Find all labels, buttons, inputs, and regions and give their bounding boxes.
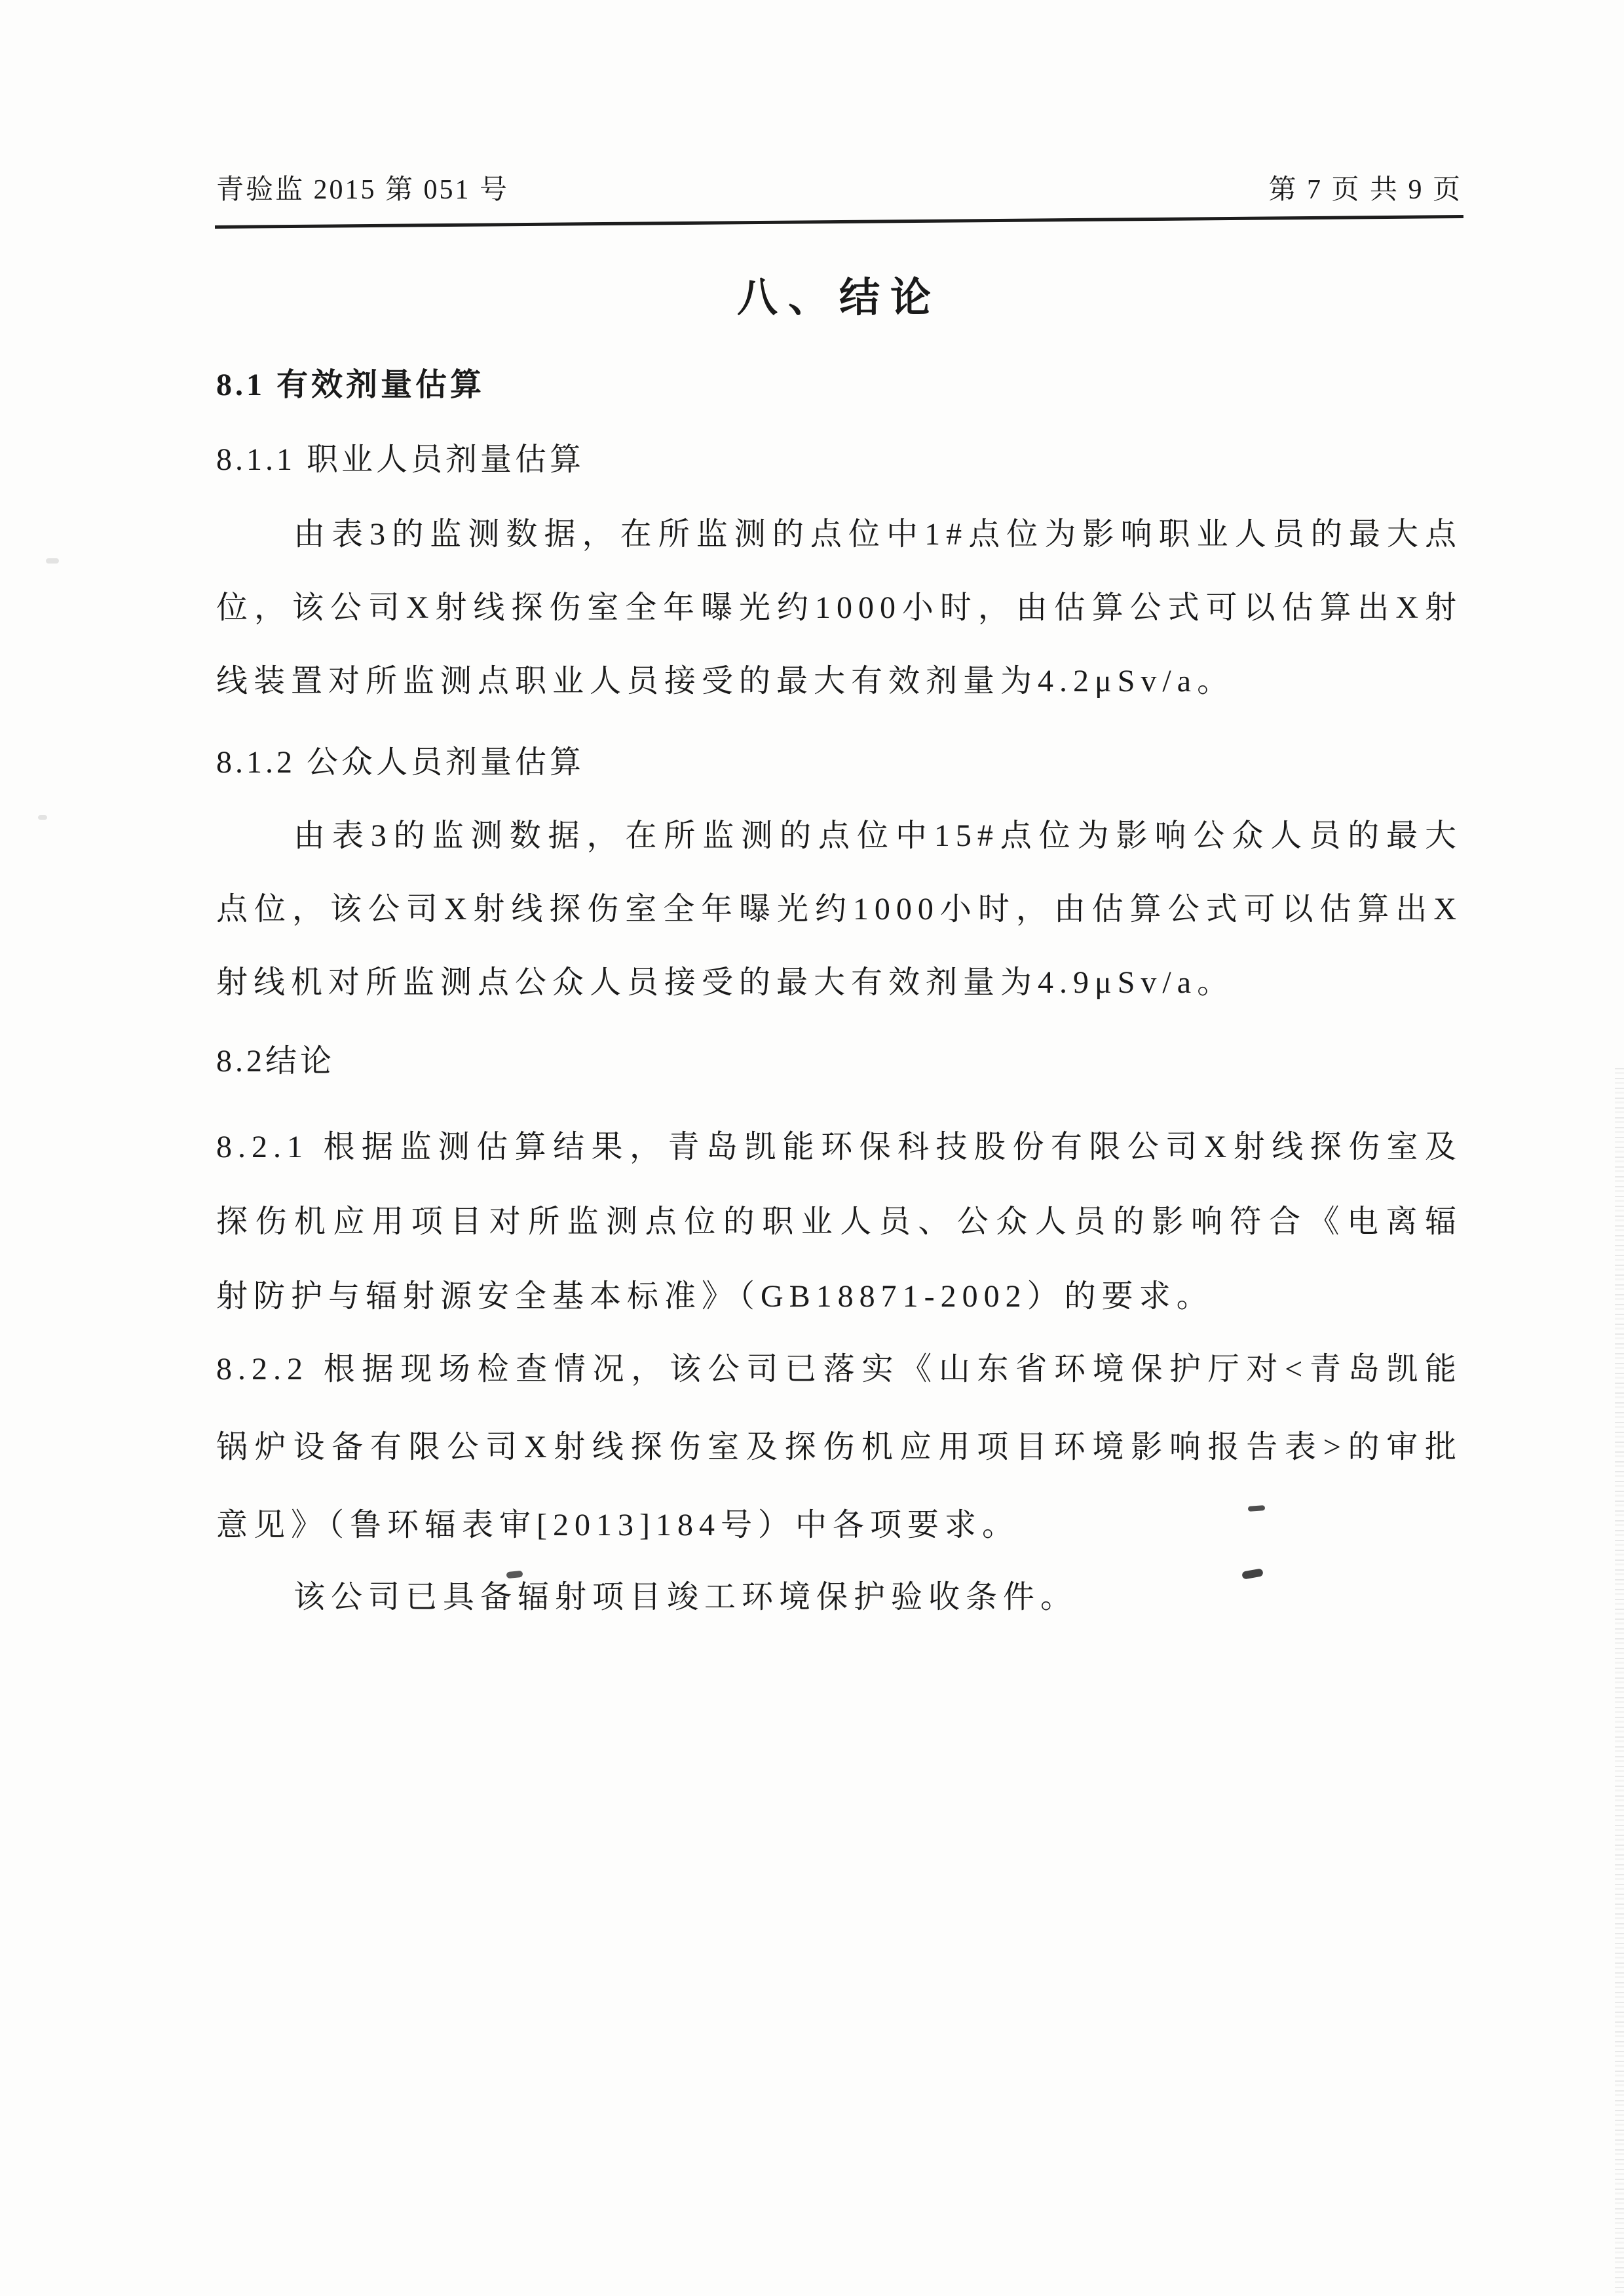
paragraph-line: 8.2.2 根据现场检查情况，该公司已落实《山东省环境保护厅对<青岛凯能: [216, 1330, 1462, 1408]
scan-edge-noise: [1615, 1068, 1624, 2296]
paragraph-line: 该公司已具备辐射项目竣工环境保护验收条件。: [216, 1561, 1462, 1634]
section-title: 八、结论: [216, 270, 1462, 326]
paragraph-8-2-1: 8.2.1 根据监测估算结果，青岛凯能环保科技股份有限公司X射线探伤室及 探伤机…: [216, 1110, 1462, 1334]
page-header: 青验监 2015 第 051 号 第 7 页 共 9 页: [216, 172, 1462, 208]
page-indicator: 第 7 页 共 9 页: [1268, 172, 1462, 208]
paragraph-line: 由表3的监测数据，在所监测的点位中1#点位为影响职业人员的最大点: [216, 498, 1462, 571]
paragraph-8-1-2: 由表3的监测数据，在所监测的点位中15#点位为影响公众人员的最大 点位，该公司X…: [216, 799, 1462, 1020]
paragraph-line: 射防护与辐射源安全基本标准》（GB18871-2002）的要求。: [216, 1259, 1462, 1334]
paragraph-line: 线装置对所监测点职业人员接受的最大有效剂量为4.2μSv/a。: [216, 645, 1462, 718]
scan-smudge: [38, 815, 47, 820]
paragraph-line: 锅炉设备有限公司X射线探伤室及探伤机应用项目环境影响报告表>的审批: [216, 1408, 1462, 1486]
paragraph-line: 探伤机应用项目对所监测点位的职业人员、公众人员的影响符合《电离辐: [216, 1185, 1462, 1259]
scan-smudge: [46, 558, 59, 564]
heading-8-1: 8.1 有效剂量估算: [216, 364, 1462, 406]
paragraph-8-2-2: 8.2.2 根据现场检查情况，该公司已落实《山东省环境保护厅对<青岛凯能 锅炉设…: [216, 1330, 1462, 1564]
heading-8-2: 8.2结论: [216, 1041, 1462, 1082]
paragraph-line: 由表3的监测数据，在所监测的点位中15#点位为影响公众人员的最大: [216, 799, 1462, 873]
paragraph-line: 位，该公司X射线探伤室全年曝光约1000小时，由估算公式可以估算出X射: [216, 571, 1462, 645]
paragraph-8-1-1: 由表3的监测数据，在所监测的点位中1#点位为影响职业人员的最大点 位，该公司X射…: [216, 498, 1462, 718]
heading-8-1-2: 8.1.2 公众人员剂量估算: [216, 742, 1462, 784]
heading-8-1-1: 8.1.1 职业人员剂量估算: [216, 439, 1462, 481]
paragraph-line: 点位，该公司X射线探伤室全年曝光约1000小时，由估算公式可以估算出X: [216, 873, 1462, 946]
header-rule: [215, 215, 1463, 229]
document-number: 青验监 2015 第 051 号: [216, 172, 509, 208]
paragraph-line: 意见》（鲁环辐表审[2013]184号）中各项要求。: [216, 1486, 1462, 1564]
paragraph-line: 射线机对所监测点公众人员接受的最大有效剂量为4.9μSv/a。: [216, 946, 1462, 1020]
scanned-document-page: 青验监 2015 第 051 号 第 7 页 共 9 页 八、结论 8.1 有效…: [0, 0, 1624, 2296]
paragraph-closing: 该公司已具备辐射项目竣工环境保护验收条件。: [216, 1561, 1462, 1634]
paragraph-line: 8.2.1 根据监测估算结果，青岛凯能环保科技股份有限公司X射线探伤室及: [216, 1110, 1462, 1185]
